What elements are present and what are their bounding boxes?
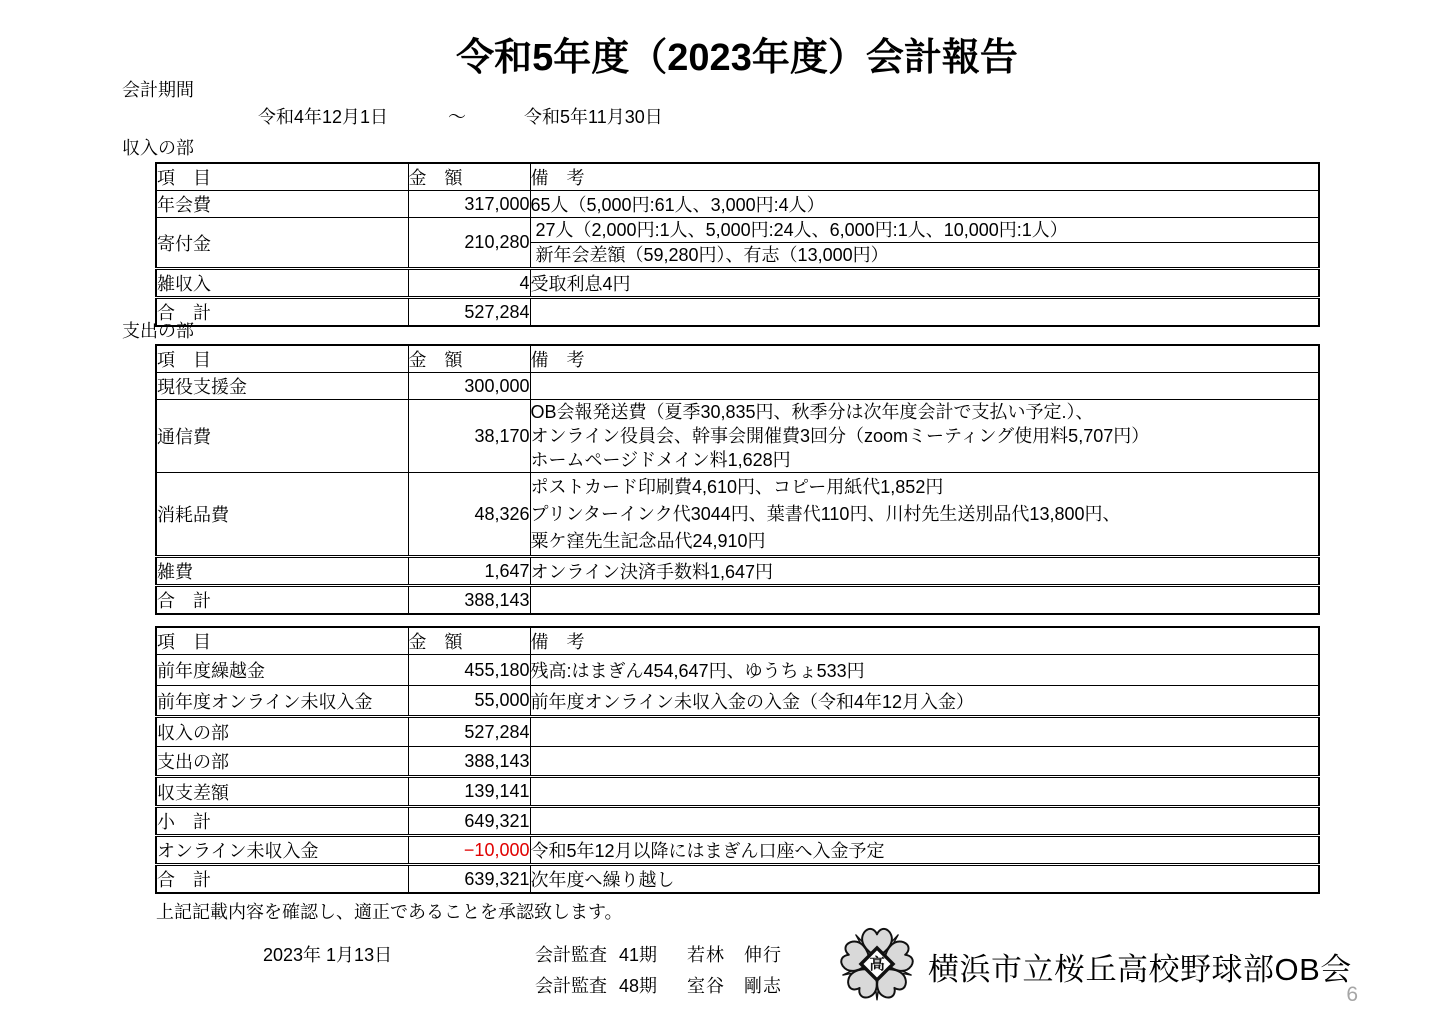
amount-cell: 527,284 bbox=[408, 717, 530, 747]
remark-line: プリンターインク代3044円、葉書代110円、川村先生送別品代13,800円、 bbox=[531, 501, 1319, 528]
remark-cell: 次年度へ繰り越し bbox=[530, 865, 1319, 894]
amount-cell: 210,280 bbox=[408, 218, 530, 269]
balance-total-row: 合 計 639,321 次年度へ繰り越し bbox=[156, 865, 1319, 894]
item-cell: 雑費 bbox=[156, 557, 408, 586]
item-cell: 収入の部 bbox=[156, 717, 408, 747]
header-remark: 備 考 bbox=[530, 627, 1319, 655]
income-table: 項 目 金 額 備 考 年会費 317,000 65人（5,000円:61人、3… bbox=[155, 162, 1320, 327]
header-amount: 金 額 bbox=[408, 163, 530, 191]
remark-line: OB会報発送費（夏季30,835円、秋季分は次年度会計で支払い予定.）、 bbox=[531, 400, 1319, 424]
period-end-date: 令和5年11月30日 bbox=[524, 103, 663, 129]
negative-amount-cell: −10,000 bbox=[408, 836, 530, 865]
remark-cell bbox=[530, 807, 1319, 836]
amount-cell: 48,326 bbox=[408, 473, 530, 557]
remark-cell bbox=[530, 586, 1319, 615]
auditor-name: 室谷 剛志 bbox=[687, 972, 782, 998]
amount-cell: 317,000 bbox=[408, 191, 530, 218]
remark-cell: 65人（5,000円:61人、3,000円:4人） bbox=[530, 191, 1319, 218]
remark-line: ホームページドメイン料1,628円 bbox=[531, 448, 1319, 472]
auditor-role: 会計監査 bbox=[535, 972, 607, 998]
table-row: 年会費 317,000 65人（5,000円:61人、3,000円:4人） bbox=[156, 191, 1319, 218]
amount-cell: 639,321 bbox=[408, 865, 530, 894]
expense-section-label: 支出の部 bbox=[122, 317, 194, 343]
remark-line: 粟ケ窪先生記念品代24,910円 bbox=[531, 528, 1319, 555]
auditor-term: 41期 bbox=[619, 941, 657, 967]
emblem-kanji: 高 bbox=[869, 954, 885, 973]
table-row: 支出の部 388,143 bbox=[156, 747, 1319, 777]
period-tilde: ～ bbox=[448, 103, 466, 129]
accounting-report-page: 令和5年度（2023年度）会計報告 会計期間 令和4年12月1日 ～ 令和5年1… bbox=[0, 0, 1440, 1017]
remark-cell bbox=[530, 777, 1319, 807]
remark-cell: 残高:はまぎん454,647円、ゆうちょ533円 bbox=[530, 655, 1319, 686]
item-cell: 寄付金 bbox=[156, 218, 408, 269]
period-start-date: 令和4年12月1日 bbox=[258, 103, 388, 129]
remark-cell: OB会報発送費（夏季30,835円、秋季分は次年度会計で支払い予定.）、 オンラ… bbox=[530, 400, 1319, 473]
table-row: 前年度繰越金 455,180 残高:はまぎん454,647円、ゆうちょ533円 bbox=[156, 655, 1319, 686]
school-sakura-emblem-icon: 高 bbox=[838, 920, 916, 1004]
income-header-row: 項 目 金 額 備 考 bbox=[156, 163, 1319, 191]
auditor-name: 若林 伸行 bbox=[687, 941, 782, 967]
item-cell: 現役支援金 bbox=[156, 373, 408, 400]
item-cell: 支出の部 bbox=[156, 747, 408, 777]
remark-cell: オンライン決済手数料1,647円 bbox=[530, 557, 1319, 586]
item-cell: 通信費 bbox=[156, 400, 408, 473]
remark-cell: ポストカード印刷費4,610円、コピー用紙代1,852円 プリンターインク代30… bbox=[530, 473, 1319, 557]
item-cell: 収支差額 bbox=[156, 777, 408, 807]
amount-cell: 38,170 bbox=[408, 400, 530, 473]
item-cell: オンライン未収入金 bbox=[156, 836, 408, 865]
amount-cell: 1,647 bbox=[408, 557, 530, 586]
remark-line: 27人（2,000円:1人、5,000円:24人、6,000円:1人、10,00… bbox=[531, 218, 1319, 242]
item-cell: 雑収入 bbox=[156, 269, 408, 298]
header-item: 項 目 bbox=[156, 627, 408, 655]
expense-table: 項 目 金 額 備 考 現役支援金 300,000 通信費 38,170 OB会… bbox=[155, 344, 1320, 615]
remark-line: ポストカード印刷費4,610円、コピー用紙代1,852円 bbox=[531, 474, 1319, 501]
balance-table: 項 目 金 額 備 考 前年度繰越金 455,180 残高:はまぎん454,64… bbox=[155, 626, 1320, 894]
period-label: 会計期間 bbox=[122, 76, 194, 102]
item-cell: 合 計 bbox=[156, 586, 408, 615]
income-total-row: 合 計 527,284 bbox=[156, 298, 1319, 327]
remark-cell bbox=[530, 373, 1319, 400]
amount-cell: 4 bbox=[408, 269, 530, 298]
expense-total-row: 合 計 388,143 bbox=[156, 586, 1319, 615]
amount-cell: 455,180 bbox=[408, 655, 530, 686]
report-date: 2023年 1月13日 bbox=[263, 941, 392, 967]
remark-cell: 受取利息4円 bbox=[530, 269, 1319, 298]
header-item: 項 目 bbox=[156, 345, 408, 373]
remark-cell: 27人（2,000円:1人、5,000円:24人、6,000円:1人、10,00… bbox=[530, 218, 1319, 269]
remark-cell bbox=[530, 298, 1319, 327]
auditor-term: 48期 bbox=[619, 972, 657, 998]
header-amount: 金 額 bbox=[408, 627, 530, 655]
auditor-row: 会計監査 41期 若林 伸行 bbox=[535, 938, 782, 969]
amount-cell: 388,143 bbox=[408, 586, 530, 615]
expense-header-row: 項 目 金 額 備 考 bbox=[156, 345, 1319, 373]
organization-name: 横浜市立桜丘高校野球部OB会 bbox=[928, 944, 1352, 989]
table-row: 雑収入 4 受取利息4円 bbox=[156, 269, 1319, 298]
table-row: 前年度オンライン未収入金 55,000 前年度オンライン未収入金の入金（令和4年… bbox=[156, 686, 1319, 717]
remark-line: オンライン役員会、幹事会開催費3回分（zoomミーティング使用料5,707円） bbox=[531, 424, 1319, 448]
item-cell: 前年度繰越金 bbox=[156, 655, 408, 686]
page-title: 令和5年度（2023年度）会計報告 bbox=[0, 26, 1440, 81]
auditor-role: 会計監査 bbox=[535, 941, 607, 967]
page-number: 6 bbox=[1346, 983, 1358, 1007]
amount-cell: 139,141 bbox=[408, 777, 530, 807]
header-remark: 備 考 bbox=[530, 163, 1319, 191]
subtotal-row: 小 計 649,321 bbox=[156, 807, 1319, 836]
auditor-row: 会計監査 48期 室谷 剛志 bbox=[535, 969, 782, 1000]
table-row: 現役支援金 300,000 bbox=[156, 373, 1319, 400]
auditors-block: 会計監査 41期 若林 伸行 会計監査 48期 室谷 剛志 bbox=[535, 938, 782, 1000]
table-row: 収支差額 139,141 bbox=[156, 777, 1319, 807]
approval-statement: 上記記載内容を確認し、適正であることを承認致します。 bbox=[156, 898, 623, 924]
remark-cell bbox=[530, 747, 1319, 777]
table-row: 寄付金 210,280 27人（2,000円:1人、5,000円:24人、6,0… bbox=[156, 218, 1319, 269]
amount-cell: 388,143 bbox=[408, 747, 530, 777]
remark-cell: 前年度オンライン未収入金の入金（令和4年12月入金） bbox=[530, 686, 1319, 717]
item-cell: 合 計 bbox=[156, 865, 408, 894]
amount-cell: 649,321 bbox=[408, 807, 530, 836]
table-row: 消耗品費 48,326 ポストカード印刷費4,610円、コピー用紙代1,852円… bbox=[156, 473, 1319, 557]
table-row: 雑費 1,647 オンライン決済手数料1,647円 bbox=[156, 557, 1319, 586]
amount-cell: 55,000 bbox=[408, 686, 530, 717]
table-row: オンライン未収入金 −10,000 令和5年12月以降にはまぎん口座へ入金予定 bbox=[156, 836, 1319, 865]
item-cell: 小 計 bbox=[156, 807, 408, 836]
table-row: 収入の部 527,284 bbox=[156, 717, 1319, 747]
income-section-label: 収入の部 bbox=[122, 134, 194, 160]
remark-cell bbox=[530, 717, 1319, 747]
header-remark: 備 考 bbox=[530, 345, 1319, 373]
item-cell: 前年度オンライン未収入金 bbox=[156, 686, 408, 717]
table-row: 通信費 38,170 OB会報発送費（夏季30,835円、秋季分は次年度会計で支… bbox=[156, 400, 1319, 473]
amount-cell: 300,000 bbox=[408, 373, 530, 400]
balance-header-row: 項 目 金 額 備 考 bbox=[156, 627, 1319, 655]
accounting-period: 令和4年12月1日 ～ 令和5年11月30日 bbox=[258, 103, 663, 129]
remark-cell: 令和5年12月以降にはまぎん口座へ入金予定 bbox=[530, 836, 1319, 865]
header-item: 項 目 bbox=[156, 163, 408, 191]
remark-line: 新年会差額（59,280円）、有志（13,000円） bbox=[531, 242, 1319, 267]
item-cell: 年会費 bbox=[156, 191, 408, 218]
amount-cell: 527,284 bbox=[408, 298, 530, 327]
header-amount: 金 額 bbox=[408, 345, 530, 373]
item-cell: 消耗品費 bbox=[156, 473, 408, 557]
